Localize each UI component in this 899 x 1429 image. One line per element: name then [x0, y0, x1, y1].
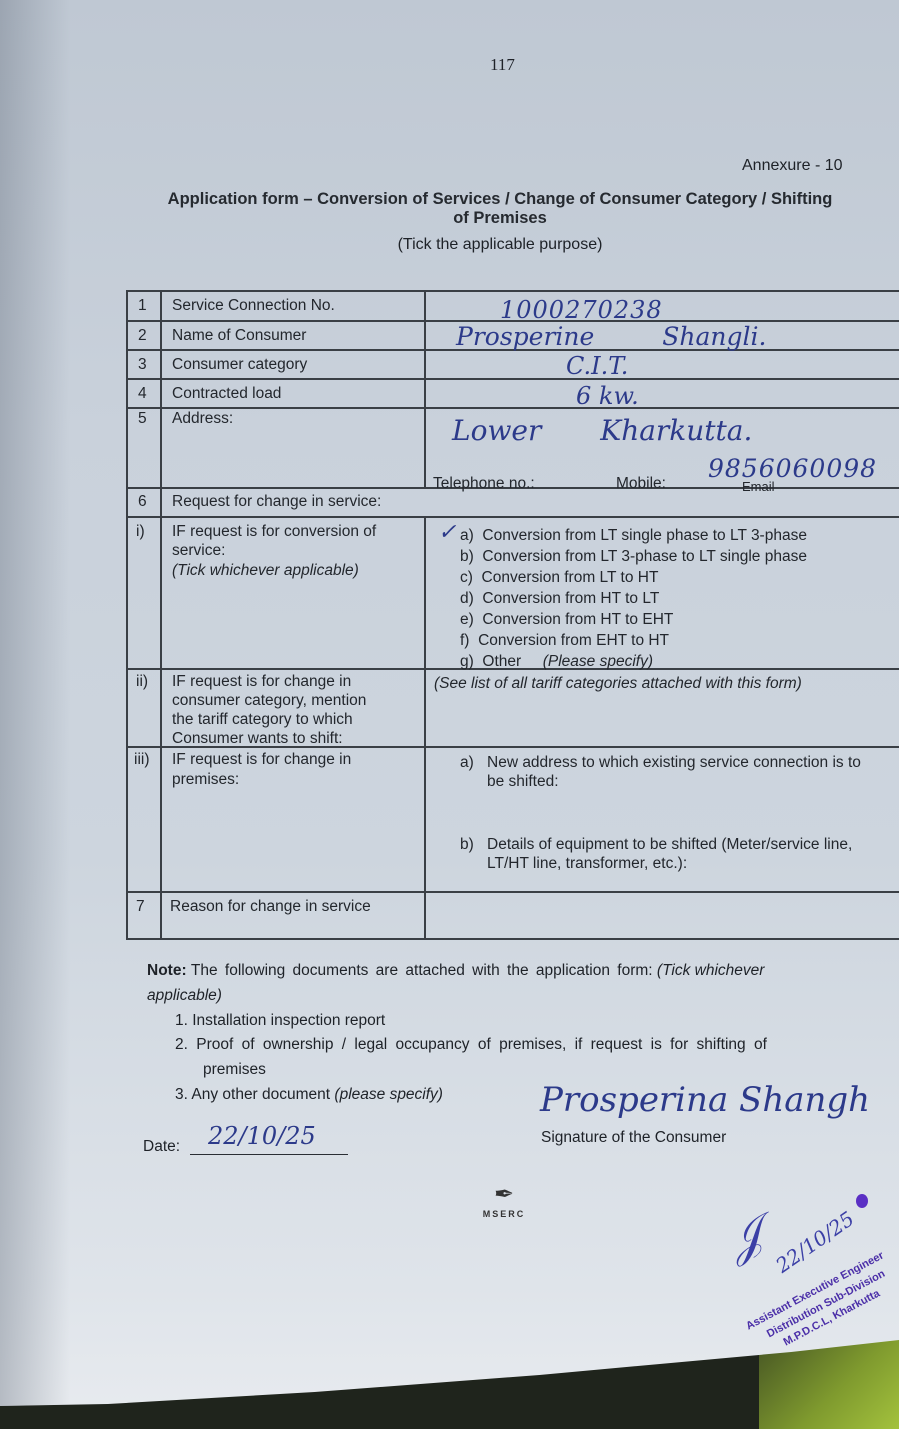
premises-change-label-1: IF request is for change in: [172, 750, 351, 769]
form-subtitle: (Tick the applicable purpose): [150, 236, 850, 254]
contracted-load-label: Contracted load: [172, 384, 281, 403]
new-address-key: a): [460, 753, 474, 772]
attachment-item-2[interactable]: 2. Proof of ownership / legal occupancy …: [175, 1036, 767, 1054]
tick-mark-icon: ✓: [438, 520, 456, 545]
item-3-text: 3. Any other document: [175, 1086, 330, 1103]
request-change-label: Request for change in service:: [172, 492, 381, 511]
quill-logo-icon: ✒: [478, 1180, 530, 1209]
row-2-number: 2: [138, 326, 147, 345]
row-7-number: 7: [136, 897, 145, 916]
consumer-name-label: Name of Consumer: [172, 326, 306, 345]
logo-text: MSERC: [478, 1209, 530, 1219]
row-1-number: 1: [138, 296, 147, 315]
premises-change-number: iii): [134, 750, 150, 769]
equipment-key: b): [460, 835, 474, 854]
reason-label: Reason for change in service: [170, 897, 371, 916]
note-text: The following documents are attached wit…: [191, 962, 653, 979]
consumer-category-label: Consumer category: [172, 355, 307, 374]
date-value[interactable]: 22/10/25: [208, 1122, 316, 1150]
consumer-name-value[interactable]: Prosperine Shangli.: [456, 322, 766, 351]
page-number: 117: [490, 55, 515, 75]
option-text: Conversion from EHT to HT: [478, 632, 669, 649]
category-change-label-3: the tariff category to which: [172, 710, 353, 729]
category-change-label-4: Consumer wants to shift:: [172, 729, 343, 748]
item-3-hint: (please specify): [334, 1086, 443, 1103]
title-line-1: Application form – Conversion of Service…: [150, 190, 850, 209]
signature-label: Signature of the Consumer: [541, 1129, 726, 1147]
tariff-category-note: (See list of all tariff categories attac…: [434, 674, 802, 693]
row-5-number: 5: [138, 409, 147, 428]
address-value[interactable]: Lower Kharkutta.: [452, 414, 752, 447]
option-key: a): [460, 527, 474, 544]
category-change-number: ii): [136, 672, 148, 691]
option-text: Conversion from HT to EHT: [482, 611, 673, 628]
contracted-load-value[interactable]: 6 kw.: [576, 382, 639, 410]
row-6-number: 6: [138, 492, 147, 511]
option-text: Conversion from LT to HT: [482, 569, 659, 586]
consumer-signature[interactable]: Prosperina Shangh: [540, 1080, 870, 1120]
email-label: Email: [742, 477, 775, 496]
form-title: Application form – Conversion of Service…: [150, 190, 850, 228]
equipment-label-2: LT/HT line, transformer, etc.):: [487, 854, 687, 873]
note-hint-1: (Tick whichever: [657, 962, 765, 979]
attachments-note: Note: The following documents are attach…: [147, 962, 764, 980]
mobile-value[interactable]: 9856060098: [708, 454, 877, 483]
telephone-label: Telephone no.:: [433, 474, 535, 493]
title-line-2: of Premises: [150, 209, 850, 228]
date-underline: [190, 1154, 348, 1155]
option-key: e): [460, 611, 474, 628]
conversion-option-b[interactable]: b) Conversion from LT 3-phase to LT sing…: [460, 547, 807, 566]
attachment-item-3[interactable]: 3. Any other document (please specify): [175, 1086, 443, 1104]
conversion-option-g[interactable]: g) Other (Please specify): [460, 652, 653, 671]
row-4-number: 4: [138, 384, 147, 403]
attachment-item-1[interactable]: 1. Installation inspection report: [175, 1012, 385, 1030]
conversion-option-d[interactable]: d) Conversion from HT to LT: [460, 589, 659, 608]
mserc-logo: ✒ MSERC: [478, 1180, 530, 1219]
conversion-option-e[interactable]: e) Conversion from HT to EHT: [460, 610, 673, 629]
conversion-option-f[interactable]: f) Conversion from EHT to HT: [460, 631, 669, 650]
conversion-label-1: IF request is for conversion of: [172, 522, 376, 541]
mobile-label: Mobile:: [616, 474, 666, 493]
service-connection-value[interactable]: 1000270238: [500, 296, 663, 324]
note-prefix: Note:: [147, 962, 187, 979]
conversion-number: i): [136, 522, 145, 541]
service-connection-label: Service Connection No.: [172, 296, 335, 315]
equipment-label-1: Details of equipment to be shifted (Mete…: [487, 835, 852, 854]
option-key: d): [460, 590, 474, 607]
row-3-number: 3: [138, 355, 147, 374]
premises-change-label-2: premises:: [172, 770, 239, 789]
option-text: Conversion from HT to LT: [482, 590, 659, 607]
new-address-label-1: New address to which existing service co…: [487, 753, 861, 772]
conversion-label-2: service:: [172, 541, 225, 560]
conversion-option-a[interactable]: a) Conversion from LT single phase to LT…: [460, 526, 807, 545]
consumer-category-value[interactable]: C.I.T.: [566, 352, 628, 380]
conversion-hint: (Tick whichever applicable): [172, 561, 359, 580]
option-key: c): [460, 569, 473, 586]
date-label: Date:: [143, 1138, 180, 1156]
option-text: Other: [482, 653, 521, 670]
official-signature-icon: 𝒥: [721, 1206, 770, 1269]
option-text: Conversion from LT 3-phase to LT single …: [482, 548, 807, 565]
conversion-option-c[interactable]: c) Conversion from LT to HT: [460, 568, 658, 587]
annexure-label: Annexure - 10: [742, 157, 843, 175]
note-hint-2: applicable): [147, 987, 222, 1005]
address-label: Address:: [172, 409, 233, 428]
option-key: f): [460, 632, 469, 649]
new-address-label-2: be shifted:: [487, 772, 559, 791]
option-text: Conversion from LT single phase to LT 3-…: [482, 527, 807, 544]
option-key: g): [460, 653, 474, 670]
option-key: b): [460, 548, 474, 565]
category-change-label-2: consumer category, mention: [172, 691, 366, 710]
ink-dot: [856, 1194, 868, 1208]
form-table: 1 Service Connection No. 1000270238 2 Na…: [126, 290, 899, 940]
option-note: (Please specify): [543, 653, 653, 670]
paper-document: 117 Annexure - 10 Application form – Con…: [0, 0, 899, 1429]
attachment-item-2-cont: premises: [203, 1061, 266, 1079]
category-change-label-1: IF request is for change in: [172, 672, 351, 691]
